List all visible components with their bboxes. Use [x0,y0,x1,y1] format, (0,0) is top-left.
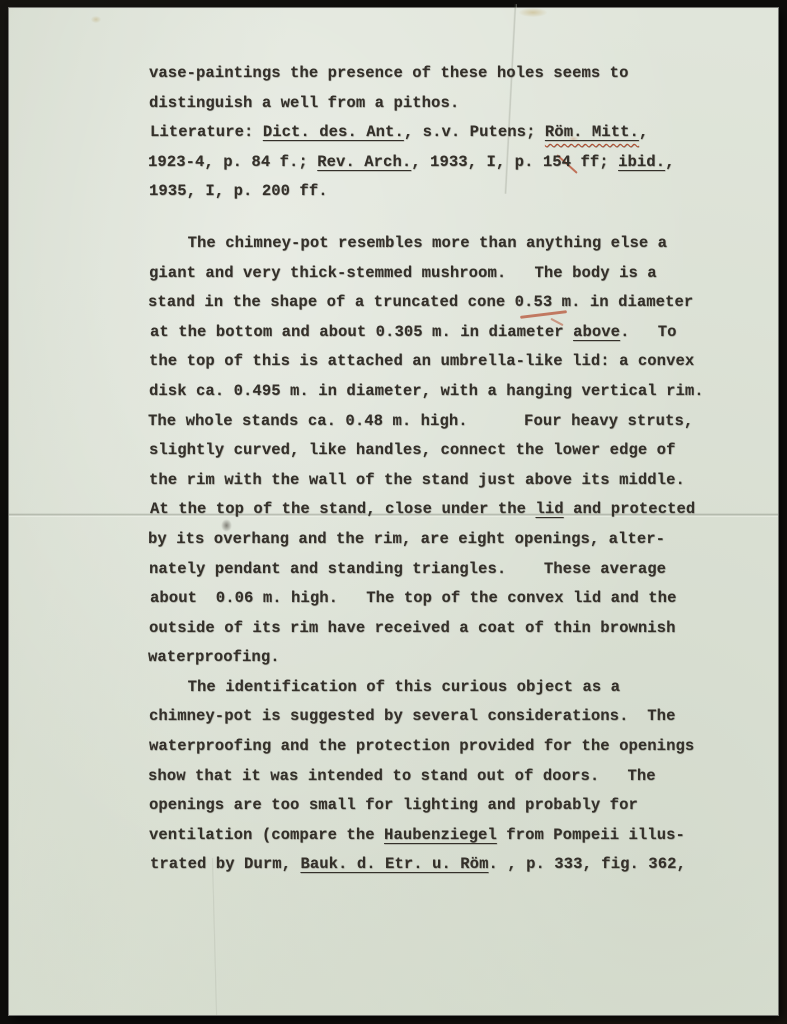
text-run: stand in the shape of a truncated cone 0… [148,293,693,311]
text-run: , [639,123,648,141]
typescript-line: slightly curved, like handles, connect t… [149,436,704,466]
underlined-citation: Haubenziegel [384,826,497,844]
typescript-line: outside of its rim have received a coat … [149,614,704,644]
text-run: 1923-4, p. 84 f.; [148,153,317,171]
text-run: The whole stands ca. 0.48 m. high. Four … [148,412,693,430]
typescript-line: distinguish a well from a pithos. [149,89,704,119]
text-run: , [665,153,674,171]
underlined-citation: ibid. [618,153,665,171]
paper-sheet: vase-paintings the presence of these hol… [9,8,778,1015]
text-run: chimney-pot is suggested by several cons… [149,707,675,725]
typescript-line: about 0.06 m. high. The top of the conve… [150,584,705,614]
underlined-citation: Bauk. d. Etr. u. Röm [300,855,488,873]
typescript-line: At the top of the stand, close under the… [150,495,705,525]
text-run: At the top of the stand, close under the [150,500,535,518]
typescript-line: the top of this is attached an umbrella-… [149,347,704,377]
paper-stain [519,8,547,17]
typescript-line: openings are too small for lighting and … [149,791,704,821]
typescript-line: waterproofing and the protection provide… [149,732,704,762]
typescript-line: The chimney-pot resembles more than anyt… [150,229,705,259]
text-run: at the bottom and about 0.305 m. in diam… [150,323,573,341]
text-block: vase-paintings the presence of these hol… [149,59,704,880]
underlined-citation: Dict. des. Ant. [263,123,404,141]
underlined-citation: lid [535,500,563,518]
text-run: ventilation (compare the [149,826,384,844]
typescript-line: The whole stands ca. 0.48 m. high. Four … [148,407,703,437]
red-pencil-underline: Röm. Mitt. [545,123,639,141]
typescript-line: 1935, I, p. 200 ff. [149,177,704,207]
text-run: giant and very thick-stemmed mushroom. T… [149,264,657,282]
typescript-line: 1923-4, p. 84 f.; Rev. Arch., 1933, I, p… [148,148,703,178]
typescript-line: by its overhang and the rim, are eight o… [148,525,703,555]
text-run: the rim with the wall of the stand just … [149,471,685,489]
text-run: . , p. 333, fig. 362, [488,855,685,873]
typescript-line: show that it was intended to stand out o… [148,762,703,792]
text-run: 1935, I, p. 200 ff. [149,182,328,200]
typescript-line: Literature: Dict. des. Ant., s.v. Putens… [150,118,705,148]
text-run: the top of this is attached an umbrella-… [149,352,694,370]
typescript-line: ventilation (compare the Haubenziegel fr… [149,821,704,851]
vertical-fold-crease-bottom [212,858,218,1015]
text-run: , 1933, I, p. 154 ff; [411,153,618,171]
text-run: and protected [564,500,696,518]
text-run: , s.v. Putens; [404,123,545,141]
text-run: disk ca. 0.495 m. in diameter, with a ha… [149,382,704,400]
typescript-line: waterproofing. [148,643,703,673]
text-run: The chimney-pot resembles more than anyt… [150,234,667,252]
typescript-line: vase-paintings the presence of these hol… [149,59,704,89]
underlined-citation: Röm. Mitt. [545,123,639,141]
typescript-line: the rim with the wall of the stand just … [149,466,704,496]
text-run: by its overhang and the rim, are eight o… [148,530,665,548]
typescript-line: trated by Durm, Bauk. d. Etr. u. Röm. , … [150,850,705,880]
typescript-line: The identification of this curious objec… [150,673,705,703]
text-run: about 0.06 m. high. The top of the conve… [150,589,676,607]
photo-of-typescript-page: { "meta": { "page_type": "typewritten ma… [0,0,787,1024]
text-run: . To [620,323,676,341]
text-run: trated by Durm, [150,855,300,873]
underlined-citation: Rev. Arch. [317,153,411,171]
text-run: The identification of this curious objec… [150,678,620,696]
text-run: outside of its rim have received a coat … [149,619,675,637]
text-run: waterproofing and the protection provide… [149,737,694,755]
text-run: nately pendant and standing triangles. T… [149,560,666,578]
text-run: Literature: [150,123,263,141]
text-run: show that it was intended to stand out o… [148,767,656,785]
text-run: from Pompeii illus- [497,826,685,844]
typescript-line: at the bottom and about 0.305 m. in diam… [150,318,705,348]
typescript-line: stand in the shape of a truncated cone 0… [148,288,703,318]
paper-stain [91,16,101,23]
text-run: distinguish a well from a pithos. [149,94,459,112]
underlined-citation: above [573,323,620,341]
typescript-line: disk ca. 0.495 m. in diameter, with a ha… [149,377,704,407]
text-run: waterproofing. [148,648,280,666]
typescript-line: nately pendant and standing triangles. T… [149,555,704,585]
typescript-line: giant and very thick-stemmed mushroom. T… [149,259,704,289]
text-run: openings are too small for lighting and … [149,796,638,814]
typescript-line: chimney-pot is suggested by several cons… [149,702,704,732]
text-run: slightly curved, like handles, connect t… [149,441,675,459]
text-run: vase-paintings the presence of these hol… [149,64,628,82]
